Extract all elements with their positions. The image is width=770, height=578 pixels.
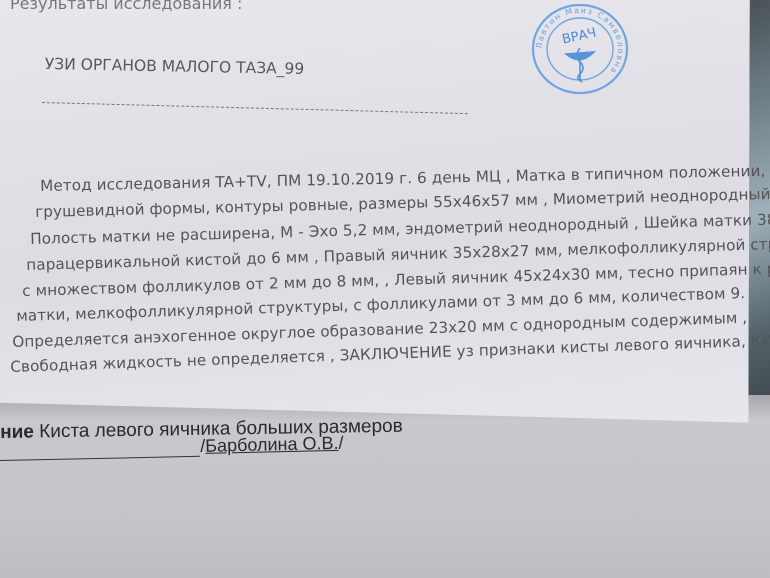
doctor-name: Барболина О.В. — [205, 433, 339, 456]
doctor-signature: /Барболина О.В./ — [200, 433, 344, 457]
results-header: Результаты исследования : — [10, 0, 242, 13]
bowl-of-hygieia-icon — [566, 48, 594, 82]
doctor-stamp: Лавтин Маиз Самвеловна ВРАЧ — [530, 2, 630, 96]
stamp-center-text: ВРАЧ — [561, 26, 598, 48]
conclusion-label: ние — [0, 421, 34, 443]
